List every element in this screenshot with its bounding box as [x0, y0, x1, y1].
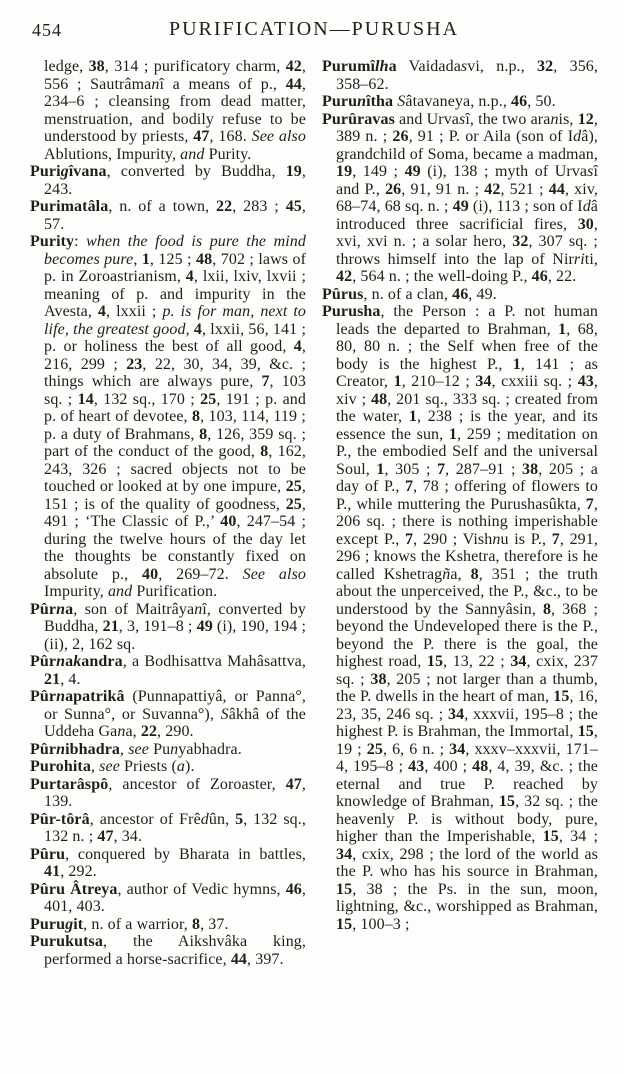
entry-headword: Pûr — [30, 653, 56, 670]
volume-number: 26 — [392, 128, 408, 145]
entry-text: , 290. — [157, 723, 194, 740]
volume-number: 7 — [437, 461, 445, 478]
entry-headword: n — [357, 93, 366, 110]
index-entry: Pûru, conquered by Bharata in battles, 4… — [30, 846, 306, 881]
index-entry: Purugit, n. of a warrior, 8, 37. — [30, 916, 306, 934]
index-entry: Purigîvana, converted by Buddha, 19, 243… — [30, 163, 306, 198]
index-entry: Pûrus, n. of a clan, 46, 49. — [322, 286, 598, 304]
entry-text: âtavaneya, n.p., — [405, 93, 511, 110]
entry-headword: apatrikâ — [65, 688, 124, 705]
volume-number: 8 — [543, 601, 551, 618]
entry-text: , 13, 22 ; — [443, 653, 510, 670]
entry-text: , 564 n. ; the well-doing P., — [352, 268, 531, 285]
entry-text: ûn, — [209, 811, 235, 828]
volume-number: 44 — [286, 76, 302, 93]
entry-text: , 305 ; — [385, 461, 438, 478]
volume-number: 4 — [294, 338, 302, 355]
entry-text: , 287–91 ; — [445, 461, 522, 478]
volume-number: 47 — [193, 128, 209, 145]
entry-headword: Purumî — [322, 58, 375, 75]
volume-number: 7 — [261, 373, 269, 390]
italic-text: see — [128, 741, 149, 758]
entry-headword: îtha — [366, 93, 393, 110]
volume-number: 41 — [44, 863, 60, 880]
volume-number: 48 — [196, 251, 212, 268]
entry-text: , ancestor of Frê — [90, 811, 201, 828]
entry-text: , 3, 191–8 ; — [119, 618, 197, 635]
volume-number: 42 — [484, 181, 500, 198]
volume-number: 48 — [371, 391, 387, 408]
entry-headword: Purûravas — [322, 111, 395, 128]
entry-headword: Puru — [30, 916, 65, 933]
volume-number: 1 — [394, 373, 402, 390]
entry-text: , 38 ; the Ps. in the sun, moon, lightni… — [336, 881, 598, 916]
entry-headword: Purusha — [322, 303, 381, 320]
volume-number: 7 — [552, 531, 560, 548]
entry-text: , 292. — [60, 863, 97, 880]
volume-number: 46 — [532, 268, 548, 285]
index-entry: Purûravas and Urvasî, the two aranis, 12… — [322, 111, 598, 286]
entry-headword: lh — [375, 58, 389, 75]
volume-number: 46 — [286, 881, 302, 898]
entry-headword: Puru — [322, 93, 357, 110]
index-entry: Purity: when the food is pure the mind b… — [30, 233, 306, 601]
index-entry: Pûrnibhadra, see Punyabhadra. — [30, 741, 306, 759]
entry-text: , 149 ; — [352, 163, 404, 180]
volume-number: 46 — [452, 286, 468, 303]
volume-number: 15 — [336, 881, 352, 898]
volume-number: 44 — [231, 951, 247, 968]
entry-text: , 37. — [200, 916, 229, 933]
volume-number: 45 — [286, 198, 302, 215]
index-entry: Pûrnakandra, a Bodhisattva Mahâsattva, 2… — [30, 653, 306, 688]
entry-headword: it — [73, 916, 83, 933]
entry-text: Purity. — [204, 146, 251, 163]
index-entry: Purukutsa, the Aikshvâka king, performed… — [30, 933, 306, 968]
entry-text: and Urva — [395, 111, 459, 128]
volume-number: 25 — [286, 478, 302, 495]
volume-number: 43 — [408, 758, 424, 775]
entry-text: , 400 ; — [424, 758, 472, 775]
entry-headword: Purukutsa — [30, 933, 103, 950]
volume-number: 34 — [449, 741, 465, 758]
index-entry: Purusha, the Person : a P. not human lea… — [322, 303, 598, 933]
volume-number: 25 — [286, 496, 302, 513]
italic-text: S — [221, 706, 229, 723]
volume-number: 1 — [142, 251, 150, 268]
volume-number: 4 — [186, 268, 194, 285]
volume-number: 1 — [376, 461, 384, 478]
entry-text: , cxxiii sq. ; — [492, 373, 578, 390]
volume-number: 15 — [553, 688, 569, 705]
index-entry: Purunîtha Sâtavaneya, n.p., 46, 50. — [322, 93, 598, 111]
entry-text: , 283 ; — [232, 198, 285, 215]
entry-text: , — [91, 758, 99, 775]
volume-number: 38 — [370, 671, 386, 688]
index-entry: Purimatâla, n. of a town, 22, 283 ; 45, … — [30, 198, 306, 233]
entry-headword: a — [389, 58, 397, 75]
entry-headword: Pûr — [30, 741, 56, 758]
volume-number: 15 — [543, 828, 559, 845]
volume-number: 34 — [475, 373, 491, 390]
entry-text: a, — [450, 566, 470, 583]
italic-text: and — [108, 583, 132, 600]
entry-text: , n. of a town, — [108, 198, 216, 215]
volume-number: 40 — [220, 513, 236, 530]
entry-headword: g — [65, 916, 73, 933]
volume-number: 34 — [448, 706, 464, 723]
entry-text: a, — [125, 723, 140, 740]
entry-headword: g — [61, 163, 69, 180]
volume-number: 21 — [103, 618, 119, 635]
running-title: PURIFICATION—PURUSHA — [30, 18, 598, 41]
entry-text: , — [186, 321, 194, 338]
index-entry: Pûr-tôrâ, ancestor of Frêdûn, 5, 132 sq.… — [30, 811, 306, 846]
entry-headword: Purity — [30, 233, 74, 250]
entry-text: Impurity, — [44, 583, 108, 600]
volume-number: 1 — [513, 356, 521, 373]
volume-number: 12 — [578, 111, 594, 128]
entry-headword: îvana — [69, 163, 107, 180]
entry-headword: Pûru — [30, 846, 65, 863]
left-column: ledge, 38, 314 ; purificatory charm, 42,… — [30, 58, 306, 968]
volume-number: 7 — [586, 496, 594, 513]
entry-text: , cxix, 298 ; the lord of the world as t… — [336, 846, 598, 881]
entry-headword: n — [56, 688, 65, 705]
volume-number: 15 — [578, 723, 594, 740]
entry-text: î, the two ara — [465, 111, 550, 128]
entry-text: , author of Vedic hymns, — [118, 881, 286, 898]
entry-headword: Purimatâla — [30, 198, 108, 215]
entry-headword: Pûru Âtreya — [30, 881, 118, 898]
volume-number: 22 — [141, 723, 157, 740]
entry-text: , son of Maitrâya — [73, 601, 194, 618]
volume-number: 1 — [449, 426, 457, 443]
volume-number: 47 — [97, 828, 113, 845]
entry-text: ti, — [585, 251, 598, 268]
volume-number: 1 — [409, 408, 417, 425]
entry-text: , 34. — [114, 828, 143, 845]
entry-text: , 91, 91 n. ; — [401, 181, 484, 198]
volume-number: 21 — [44, 671, 60, 688]
italic-text: a — [177, 758, 185, 775]
entry-headword: Pûr — [30, 601, 56, 618]
entry-text: , a Bodhisattva Mahâsattva, — [123, 653, 306, 670]
volume-number: 7 — [405, 531, 413, 548]
index-entry: Purohita, see Priests (a). — [30, 758, 306, 776]
volume-number: 25 — [200, 391, 216, 408]
volume-number: 25 — [367, 741, 383, 758]
italic-text: see — [99, 758, 120, 775]
italic-text: See also — [252, 128, 306, 145]
entry-text: : — [74, 233, 86, 250]
entry-text: , ancestor of Zoroaster, — [108, 776, 285, 793]
entry-text: is, — [559, 111, 578, 128]
index-entry: Purumîlha Vaidadasvi, n.p., 32, 356, 358… — [322, 58, 598, 93]
volume-number: 5 — [235, 811, 243, 828]
volume-number: 49 — [405, 163, 421, 180]
index-entry: Purtarâspô, ancestor of Zoroaster, 47, 1… — [30, 776, 306, 811]
entry-headword: n — [56, 653, 65, 670]
entry-text: , 132 sq., 170 ; — [94, 391, 200, 408]
entry-text: , 50. — [527, 93, 556, 110]
italic-text: ri — [574, 251, 585, 268]
entry-text: vi, n.p., — [467, 58, 537, 75]
volume-number: 43 — [578, 373, 594, 390]
entry-text: , 22. — [548, 268, 577, 285]
entry-text: , 100–3 ; — [352, 916, 409, 933]
entry-text: , 34 ; — [559, 828, 598, 845]
entry-text: , lxxii ; — [106, 303, 162, 320]
entry-text: , 168. — [210, 128, 252, 145]
volume-number: 22 — [216, 198, 232, 215]
volume-number: 8 — [192, 408, 200, 425]
right-column: Purumîlha Vaidadasvi, n.p., 32, 356, 358… — [322, 58, 598, 968]
entry-text: , 125 ; — [150, 251, 196, 268]
entry-text: î a means of p., — [159, 76, 285, 93]
entry-headword: ibhadra — [65, 741, 120, 758]
entry-text: , 210–12 ; — [402, 373, 476, 390]
index-entry: Pûru Âtreya, author of Vedic hymns, 46, … — [30, 881, 306, 916]
volume-number: 8 — [471, 566, 479, 583]
italic-text: See also — [243, 566, 306, 583]
entry-headword: a — [65, 653, 73, 670]
volume-number: 48 — [472, 758, 488, 775]
entry-text: yabhadra. — [178, 741, 242, 758]
entry-text: , 269–72. — [158, 566, 242, 583]
volume-number: 4 — [194, 321, 202, 338]
index-columns: ledge, 38, 314 ; purificatory charm, 42,… — [30, 58, 598, 968]
index-entry: Pûrnapatrikâ (Punnapattiyâ, or Panna°, o… — [30, 688, 306, 741]
entry-headword: Pûrus — [322, 286, 363, 303]
entry-text: , 290 ; Vish — [413, 531, 492, 548]
volume-number: 38 — [522, 461, 538, 478]
entry-headword: andra — [81, 653, 122, 670]
volume-number: 49 — [197, 618, 213, 635]
volume-number: 34 — [510, 653, 526, 670]
volume-number: 30 — [578, 216, 594, 233]
entry-headword: Purohita — [30, 758, 91, 775]
entry-text: , 397. — [247, 951, 284, 968]
entry-text: ledge, — [44, 58, 89, 75]
entry-text: , n. of a warrior, — [83, 916, 192, 933]
entry-text: Priests ( — [120, 758, 177, 775]
volume-number: 44 — [549, 181, 565, 198]
index-entry: Pûrna, son of Maitrâyanî, converted by B… — [30, 601, 306, 654]
entry-headword: a — [65, 601, 73, 618]
volume-number: 15 — [499, 793, 515, 810]
entry-text: , converted by Buddha, — [107, 163, 286, 180]
volume-number: 40 — [142, 566, 158, 583]
entry-text: , 6, 6 n. ; — [383, 741, 449, 758]
entry-text: , conquered by Bharata in battles, — [65, 846, 306, 863]
book-page: 454 PURIFICATION—PURUSHA ledge, 38, 314 … — [0, 0, 624, 1074]
volume-number: 23 — [126, 356, 142, 373]
volume-number: 19 — [336, 163, 352, 180]
entry-text: , — [133, 251, 142, 268]
volume-number: 1 — [558, 321, 566, 338]
volume-number: 47 — [286, 776, 302, 793]
volume-number: 4 — [98, 303, 106, 320]
entry-text: ). — [185, 758, 195, 775]
entry-text: , 314 ; purificatory charm, — [105, 58, 286, 75]
entry-headword: n — [56, 601, 65, 618]
volume-number: 46 — [511, 93, 527, 110]
entry-headword: Puri — [30, 163, 61, 180]
entry-text: (i), 113 ; son of I — [469, 198, 583, 215]
volume-number: 15 — [427, 653, 443, 670]
volume-number: 7 — [405, 478, 413, 495]
entry-text: Pu — [149, 741, 170, 758]
entry-headword: Pûr-tôrâ — [30, 811, 90, 828]
volume-number: 26 — [385, 181, 401, 198]
italic-text: n — [550, 111, 558, 128]
entry-text: Vaidada — [397, 58, 461, 75]
italic-text: and — [180, 146, 204, 163]
index-entry-continuation: ledge, 38, 314 ; purificatory charm, 42,… — [30, 58, 306, 163]
entry-text: u is P., — [500, 531, 551, 548]
volume-number: 49 — [453, 198, 469, 215]
volume-number: 42 — [286, 58, 302, 75]
page-number: 454 — [32, 20, 62, 41]
entry-text: , 91 ; P. or Aila (son of I — [409, 128, 574, 145]
page-header: 454 PURIFICATION—PURUSHA — [30, 18, 598, 46]
volume-number: 14 — [78, 391, 94, 408]
volume-number: 34 — [336, 846, 352, 863]
volume-number: 32 — [512, 233, 528, 250]
volume-number: 15 — [336, 916, 352, 933]
entry-text: , 4. — [60, 671, 80, 688]
volume-number: 42 — [336, 268, 352, 285]
entry-text: Purification. — [132, 583, 217, 600]
entry-headword: Pûr — [30, 688, 56, 705]
entry-text: Ablutions, Impurity, — [44, 146, 180, 163]
entry-text: (i), 138 ; myth of Urva — [421, 163, 587, 180]
volume-number: 38 — [89, 58, 105, 75]
entry-headword: Purtarâspô — [30, 776, 108, 793]
volume-number: 19 — [286, 163, 302, 180]
entry-text: , 49. — [468, 286, 497, 303]
entry-text: , 521 ; — [500, 181, 548, 198]
volume-number: 8 — [192, 916, 200, 933]
italic-text: d — [583, 198, 591, 215]
entry-text: , — [120, 741, 128, 758]
entry-headword: n — [56, 741, 65, 758]
entry-text: , n. of a clan, — [363, 286, 452, 303]
volume-number: 32 — [537, 58, 553, 75]
italic-text: d — [201, 811, 209, 828]
